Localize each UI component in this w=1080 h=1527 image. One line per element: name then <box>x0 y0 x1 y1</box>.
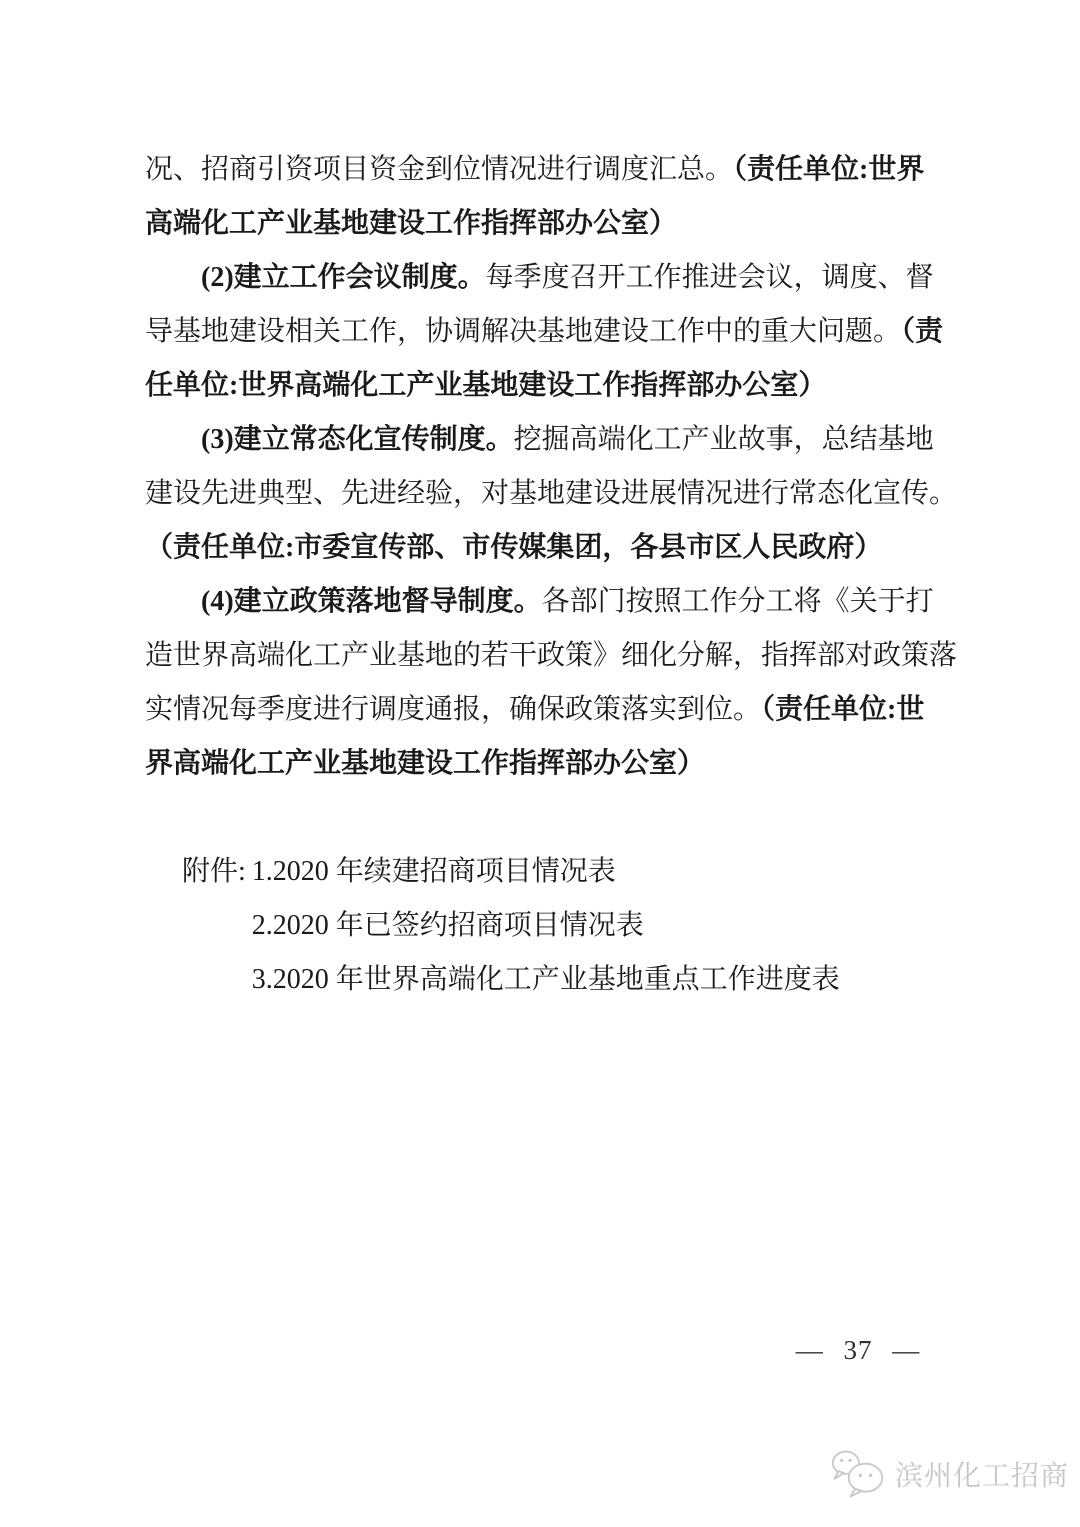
text-line: （责任单位:市委宣传部、市传媒集团，各县市区人民政府） <box>145 521 936 575</box>
text-segment: 每季度召开工作推进会议，调度、督 <box>486 262 934 293</box>
attachment-item: 2.2020 年已签约招商项目情况表 <box>252 910 644 941</box>
attachment-item: 1.2020 年续建招商项目情况表 <box>252 856 616 887</box>
attachment-row: 附件:2.2020 年已签约招商项目情况表 <box>145 899 840 953</box>
text-segment: （责任单位:世 <box>761 694 924 725</box>
attachments-label: 附件: <box>182 845 252 899</box>
text-line: 导基地建设相关工作，协调解决基地建设工作中的重大问题。（责 <box>145 305 936 359</box>
text-segment: 各部门按照工作分工将《关于打 <box>542 586 934 617</box>
text-segment: 挖掘高端化工产业故事，总结基地 <box>514 424 934 455</box>
text-line: (2)建立工作会议制度。每季度召开工作推进会议，调度、督 <box>145 251 936 305</box>
text-segment: 任单位:世界高端化工产业基地建设工作指挥部办公室） <box>145 370 826 401</box>
attachments-section: 附件:1.2020 年续建招商项目情况表附件:2.2020 年已签约招商项目情况… <box>145 845 840 1007</box>
watermark-text: 滨州化工招商 <box>895 1454 1069 1494</box>
text-segment: 实情况每季度进行调度通报，确保政策落实到位。 <box>145 694 761 725</box>
text-line: (4)建立政策落地督导制度。各部门按照工作分工将《关于打 <box>145 575 936 629</box>
text-line: 况、招商引资项目资金到位情况进行调度汇总。（责任单位:世界 <box>145 143 936 197</box>
text-line: 实情况每季度进行调度通报，确保政策落实到位。（责任单位:世 <box>145 683 936 737</box>
text-segment: (4)建立政策落地督导制度。 <box>201 586 542 617</box>
text-segment: （责任单位:世界 <box>733 154 924 185</box>
text-line: 界高端化工产业基地建设工作指挥部办公室） <box>145 737 936 791</box>
text-line: 任单位:世界高端化工产业基地建设工作指挥部办公室） <box>145 359 936 413</box>
text-segment: 造世界高端化工产业基地的若干政策》细化分解，指挥部对政策落 <box>145 640 957 671</box>
text-segment: （责任单位:市委宣传部、市传媒集团，各县市区人民政府） <box>145 532 882 563</box>
wechat-icon <box>830 1448 886 1500</box>
text-line: (3)建立常态化宣传制度。挖掘高端化工产业故事，总结基地 <box>145 413 936 467</box>
text-line: 建设先进典型、先进经验，对基地建设进展情况进行常态化宣传。 <box>145 467 936 521</box>
watermark: 滨州化工招商 <box>830 1448 1069 1500</box>
text-segment: 况、招商引资项目资金到位情况进行调度汇总。 <box>145 154 733 185</box>
text-segment: （责 <box>901 316 943 347</box>
attachment-row: 附件:1.2020 年续建招商项目情况表 <box>145 845 840 899</box>
text-line: 高端化工产业基地建设工作指挥部办公室） <box>145 197 936 251</box>
document-page: 况、招商引资项目资金到位情况进行调度汇总。（责任单位:世界高端化工产业基地建设工… <box>0 0 1080 1527</box>
text-line: 造世界高端化工产业基地的若干政策》细化分解，指挥部对政策落 <box>145 629 936 683</box>
text-segment: (2)建立工作会议制度。 <box>201 262 486 293</box>
page-number: — 37 — <box>793 1335 923 1366</box>
attachment-row: 附件:3.2020 年世界高端化工产业基地重点工作进度表 <box>145 953 840 1007</box>
text-segment: 导基地建设相关工作，协调解决基地建设工作中的重大问题。 <box>145 316 901 347</box>
text-segment: (3)建立常态化宣传制度。 <box>201 424 514 455</box>
attachment-item: 3.2020 年世界高端化工产业基地重点工作进度表 <box>252 964 840 995</box>
text-segment: 界高端化工产业基地建设工作指挥部办公室） <box>145 748 705 779</box>
text-segment: 高端化工产业基地建设工作指挥部办公室） <box>145 208 677 239</box>
text-segment: 建设先进典型、先进经验，对基地建设进展情况进行常态化宣传。 <box>145 478 957 509</box>
document-body: 况、招商引资项目资金到位情况进行调度汇总。（责任单位:世界高端化工产业基地建设工… <box>145 143 936 791</box>
